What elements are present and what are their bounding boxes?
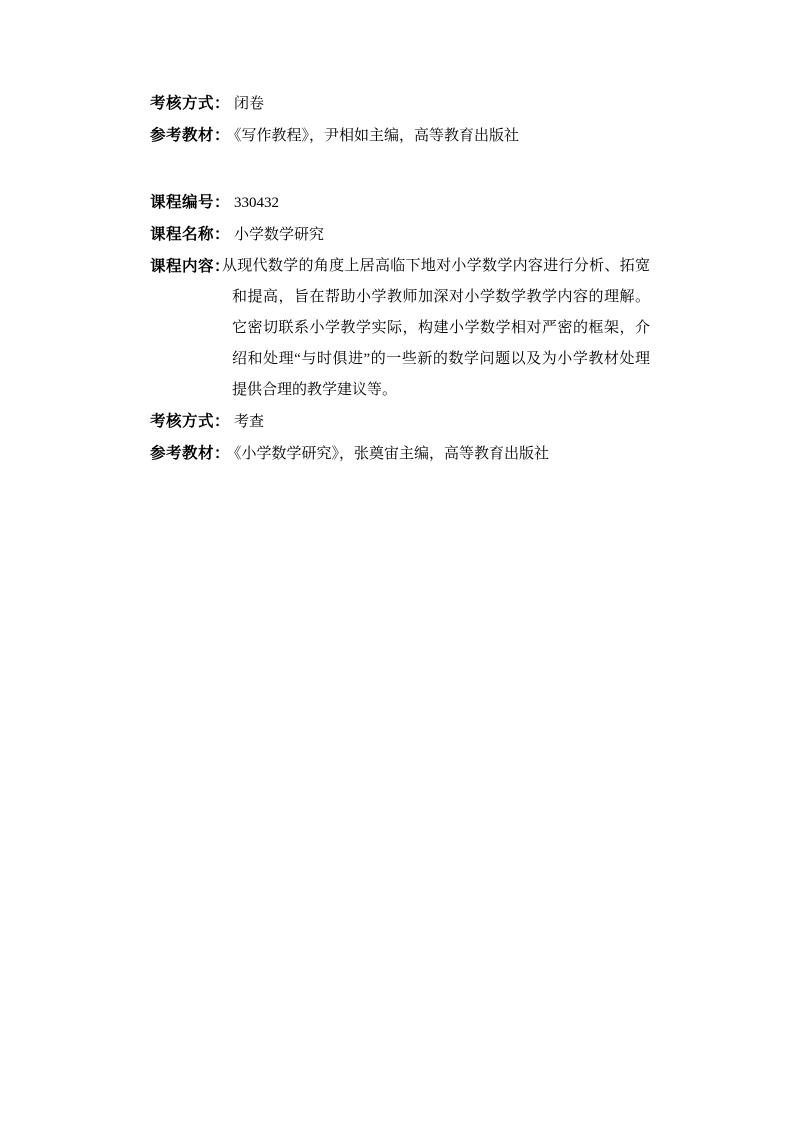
field-row-assessment-method-1: 考核方式：闭卷 (150, 88, 650, 120)
field-value-assessment-method-2: 考查 (234, 414, 264, 430)
document-content: 考核方式：闭卷 参考教材：《写作教程》，尹相如主编，高等教育出版社 课程编号：3… (150, 88, 650, 470)
field-value-reference-textbook-1: 《写作教程》，尹相如主编，高等教育出版社 (234, 128, 519, 144)
field-label-assessment-method-2: 考核方式： (150, 413, 230, 430)
field-value-reference-textbook-2: 《小学数学研究》，张奠宙主编，高等教育出版社 (234, 446, 549, 462)
field-row-reference-textbook-1: 参考教材：《写作教程》，尹相如主编，高等教育出版社 (150, 120, 650, 152)
section-previous-course: 考核方式：闭卷 参考教材：《写作教程》，尹相如主编，高等教育出版社 (150, 88, 650, 152)
section-course-330432: 课程编号：330432 课程名称：小学数学研究 课程内容： 从现代数学的角度上居… (150, 187, 650, 470)
field-row-reference-textbook-2: 参考教材：《小学数学研究》，张奠宙主编，高等教育出版社 (150, 438, 650, 470)
field-value-course-code: 330432 (234, 195, 279, 211)
field-label-course-name: 课程名称： (150, 226, 230, 243)
document-page: 考核方式：闭卷 参考教材：《写作教程》，尹相如主编，高等教育出版社 课程编号：3… (0, 0, 793, 1122)
field-value-assessment-method-1: 闭卷 (234, 96, 264, 112)
field-label-assessment-method-1: 考核方式： (150, 95, 230, 112)
field-row-course-content: 课程内容： 从现代数学的角度上居高临下地对小学数学内容进行分析、拓宽和提高，旨在… (150, 251, 650, 406)
field-row-course-name: 课程名称：小学数学研究 (150, 219, 650, 251)
field-label-course-content: 课程内容： (150, 251, 230, 282)
field-label-course-code: 课程编号： (150, 194, 230, 211)
field-value-course-name: 小学数学研究 (234, 227, 324, 243)
field-label-reference-textbook-1: 参考教材： (150, 127, 230, 144)
field-value-course-content: 从现代数学的角度上居高临下地对小学数学内容进行分析、拓宽和提高，旨在帮助小学教师… (232, 251, 650, 406)
field-label-reference-textbook-2: 参考教材： (150, 445, 230, 462)
field-row-course-code: 课程编号：330432 (150, 187, 650, 219)
field-row-assessment-method-2: 考核方式：考查 (150, 406, 650, 438)
